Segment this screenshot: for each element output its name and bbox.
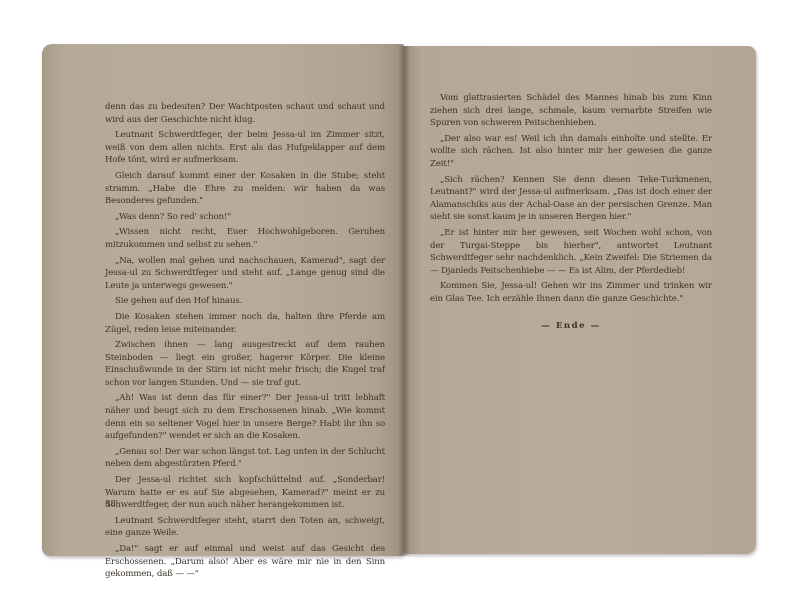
right-page-text: Vom glattrasierten Schädel des Mannes hi… [430,92,712,335]
paragraph: „Der also war es! Weil ich ihn damals ei… [430,133,712,171]
paragraph: Sie gehen auf den Hof hinaus. [105,295,385,308]
paragraph: „Wissen nicht recht, Euer Hochwohlgebore… [105,226,385,251]
paragraph: Leutnant Schwerdtfeger, der beim Jessa-u… [105,129,385,167]
paragraph: Gleich darauf kommt einer der Kosaken in… [105,170,385,208]
paragraph: Vom glattrasierten Schädel des Mannes hi… [430,92,712,130]
paragraph: Kommen Sie, Jessa-ul! Gehen wir ins Zimm… [430,280,712,305]
paragraph: „Na, wollen mal gehen und nachschauen, K… [105,255,385,293]
right-page: Vom glattrasierten Schädel des Mannes hi… [404,46,756,554]
paragraph: Der Jessa-ul richtet sich kopfschüttelnd… [105,474,385,512]
page-number: 38 [105,499,116,509]
book-gutter [398,46,410,556]
paragraph: „Er ist hinter mir her gewesen, seit Woc… [430,227,712,277]
paragraph: denn das zu bedeuten? Der Wachtposten sc… [105,101,385,126]
paragraph: „Genau so! Der war schon längst tot. Lag… [105,446,385,471]
paragraph: „Da!" sagt er auf einmal und weist auf d… [105,543,385,581]
left-page: denn das zu bedeuten? Der Wachtposten sc… [42,44,404,556]
paragraph: „Sich rächen? Kennen Sie denn diesen Tek… [430,174,712,224]
paragraph: Die Kosaken stehen immer noch da, halten… [105,311,385,336]
open-book: denn das zu bedeuten? Der Wachtposten sc… [0,0,800,600]
ending-mark: — Ende — [430,320,712,333]
paragraph: Leutnant Schwerdtfeger steht, starrt den… [105,515,385,540]
left-page-text: denn das zu bedeuten? Der Wachtposten sc… [105,101,385,584]
paragraph: „Ah! Was ist denn das für einer?" Der Je… [105,392,385,442]
paragraph: „Was denn? So red' schon!" [105,211,385,224]
paragraph: Zwischen ihnen — lang ausgestreckt auf d… [105,339,385,389]
